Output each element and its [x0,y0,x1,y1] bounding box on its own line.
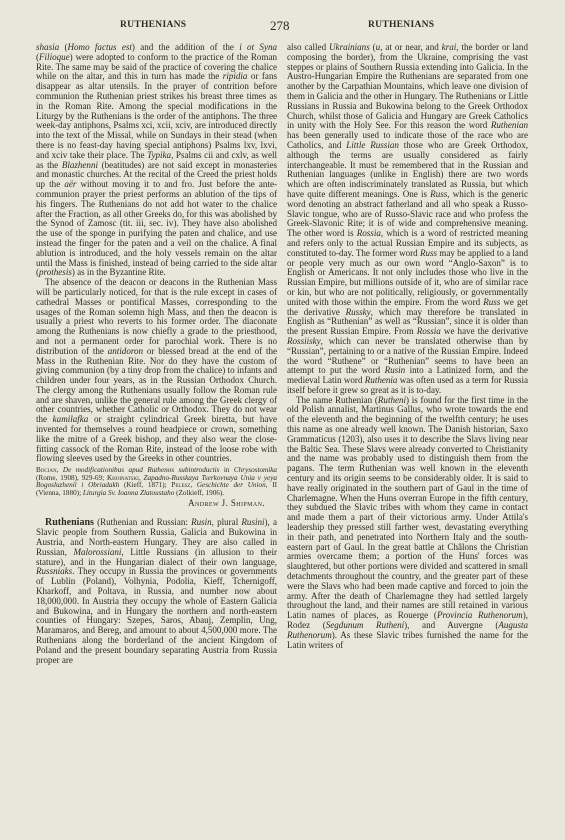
bibliography: Bocian, De modificationibus apud Rutheno… [36,467,277,497]
left-column: shasia (Homo factus est) and the additio… [36,43,277,665]
article-intro-text: (Ruthenian and Russian: Rusin, plural Ru… [36,517,277,664]
paragraph-name-origin: The name Ruthenian (Rutheni) is found fo… [287,396,528,651]
running-header: RUTHENIANS 278 RUTHENIANS [0,18,565,34]
paragraph-ukrainians-russ: also called Ukrainians (u, at or near, a… [287,43,528,396]
left-running-title: RUTHENIANS [120,20,186,30]
article-ruthenians-intro: Ruthenians (Ruthenian and Russian: Rusin… [36,518,277,665]
paragraph-deacon-absence: The absence of the deacon or deacons in … [36,278,277,464]
paragraph-liturgy-modifications: shasia (Homo factus est) and the additio… [36,43,277,278]
encyclopedia-page: RUTHENIANS 278 RUTHENIANS shasia (Homo f… [0,0,565,840]
page-number: 278 [270,18,290,34]
right-running-title: RUTHENIANS [368,20,434,30]
author-signature: Andrew J. Shipman. [36,499,265,509]
right-column: also called Ukrainians (u, at or near, a… [287,43,528,650]
